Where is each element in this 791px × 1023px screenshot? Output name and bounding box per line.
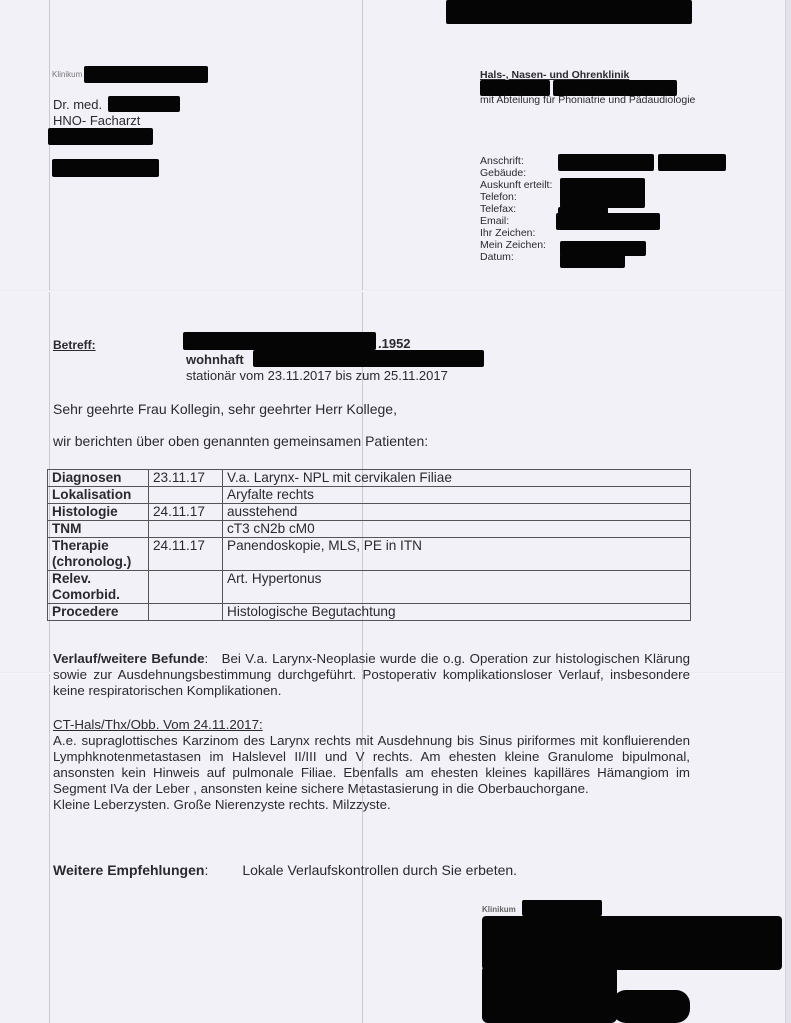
salutation: Sehr geehrte Frau Kollegin, sehr geehrte… — [53, 401, 397, 417]
field-anschrift: Anschrift: — [480, 155, 524, 167]
table-row: ProcedereHistologische Begutachtung — [48, 604, 691, 621]
recommendation-text: Lokale Verlaufskontrollen durch Sie erbe… — [242, 862, 517, 878]
subject-birth-year: .1952 — [378, 336, 411, 351]
ct-text-2: Kleine Leberzysten. Große Nierenzyste re… — [53, 797, 690, 813]
row-label: Relev.Comorbid. — [48, 571, 149, 604]
table-row: Therapie(chronolog.)24.11.17Panendoskopi… — [48, 538, 691, 571]
redaction-address-1 — [558, 154, 654, 171]
redaction-contact — [560, 178, 645, 208]
field-auskunft: Auskunft erteilt: — [480, 179, 552, 191]
row-label: Lokalisation — [48, 487, 149, 504]
row-date — [149, 604, 223, 621]
table-row: TNMcT3 cN2b cM0 — [48, 521, 691, 538]
redaction-signature — [482, 916, 782, 970]
row-value: Art. Hypertonus — [223, 571, 691, 604]
footer-clinic-label: Klinikum — [482, 905, 516, 914]
redaction-footer-clinic — [522, 900, 602, 916]
course-label: Verlauf/weitere Befunde — [53, 651, 205, 666]
redaction-sender-line2 — [52, 159, 159, 177]
recipient-clinic-subtitle: mit Abteilung für Phoniatrie und Pädaudi… — [480, 94, 695, 106]
subject-label: Betreff: — [53, 338, 96, 352]
sender-doctor-title: HNO- Facharzt — [53, 113, 140, 128]
recommendation: Weitere Empfehlungen:Lokale Verlaufskont… — [53, 862, 517, 878]
table-row: Relev.Comorbid.Art. Hypertonus — [48, 571, 691, 604]
sender-doctor-prefix: Dr. med. — [53, 97, 102, 112]
row-date: 23.11.17 — [149, 470, 223, 487]
subject-residence-label: wohnhaft — [186, 352, 244, 367]
redaction-patient-name — [183, 332, 376, 350]
paper-fold-top — [0, 290, 791, 292]
row-label: Diagnosen — [48, 470, 149, 487]
field-mein-zeichen: Mein Zeichen: — [480, 239, 546, 251]
redaction-sender-line1 — [48, 128, 153, 145]
row-date — [149, 571, 223, 604]
ct-section: CT-Hals/Thx/Obb. Vom 24.11.2017: A.e. su… — [53, 717, 690, 813]
recommendation-label: Weitere Empfehlungen — [53, 862, 204, 878]
row-value: Aryfalte rechts — [223, 487, 691, 504]
redaction-address-2 — [658, 154, 726, 171]
redaction-signature-tail — [612, 990, 690, 1023]
table-row: Histologie24.11.17ausstehend — [48, 504, 691, 521]
redaction-doctor-name — [108, 96, 180, 112]
row-label: Therapie(chronolog.) — [48, 538, 149, 571]
row-value: V.a. Larynx- NPL mit cervikalen Filiae — [223, 470, 691, 487]
ct-heading: CT-Hals/Thx/Obb. Vom 24.11.2017: — [53, 717, 690, 733]
row-value: cT3 cN2b cM0 — [223, 521, 691, 538]
redaction-residence — [253, 350, 484, 367]
sender-clinic-label: Klinikum — [52, 70, 82, 79]
redaction-top — [446, 0, 692, 24]
row-date — [149, 521, 223, 538]
intro: wir berichten über oben genannten gemein… — [53, 433, 428, 449]
paper-edge — [785, 0, 791, 1023]
row-value: ausstehend — [223, 504, 691, 521]
field-telefax: Telefax: — [480, 203, 516, 215]
field-telefon: Telefon: — [480, 191, 517, 203]
field-email: Email: — [480, 215, 509, 227]
field-gebaeude: Gebäude: — [480, 167, 526, 179]
diagnosis-table: Diagnosen23.11.17V.a. Larynx- NPL mit ce… — [47, 469, 691, 621]
field-datum: Datum: — [480, 251, 514, 263]
table-row: Diagnosen23.11.17V.a. Larynx- NPL mit ce… — [48, 470, 691, 487]
redaction-email — [556, 213, 660, 230]
row-date — [149, 487, 223, 504]
row-label: TNM — [48, 521, 149, 538]
ct-text: A.e. supraglottisches Karzinom des Laryn… — [53, 733, 690, 797]
row-label: Procedere — [48, 604, 149, 621]
table-row: LokalisationAryfalte rechts — [48, 487, 691, 504]
redaction-signature-lower — [482, 965, 617, 1023]
field-ihr-zeichen: Ihr Zeichen: — [480, 227, 535, 239]
row-value: Histologische Begutachtung — [223, 604, 691, 621]
redaction-date — [560, 254, 625, 268]
subject-stay: stationär vom 23.11.2017 bis zum 25.11.2… — [186, 368, 448, 383]
row-label: Histologie — [48, 504, 149, 521]
row-value: Panendoskopie, MLS, PE in ITN — [223, 538, 691, 571]
redaction-sender-clinic — [84, 66, 208, 83]
row-date: 24.11.17 — [149, 504, 223, 521]
row-date: 24.11.17 — [149, 538, 223, 571]
course-paragraph: Verlauf/weitere Befunde: Bei V.a. Larynx… — [53, 651, 690, 699]
